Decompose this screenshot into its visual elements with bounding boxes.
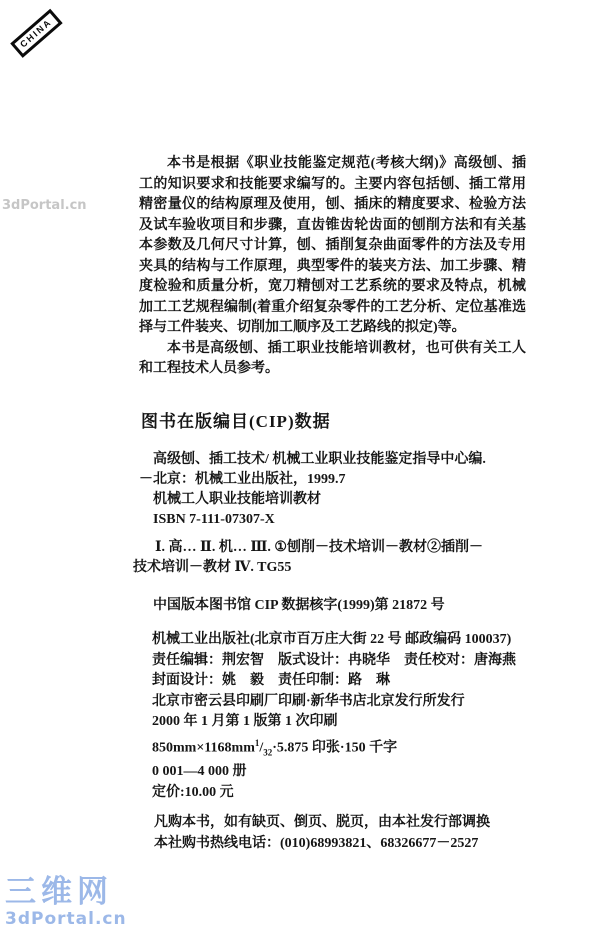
cip-class-line-2: 技术培训－教材 Ⅳ. TG55 [133, 558, 533, 578]
cip-class-line-1: Ⅰ. 高… Ⅱ. 机… Ⅲ. ①刨削－技术培训－教材②插削－ [133, 538, 533, 558]
cip-city-line: －北京：机械工业出版社，1999.7 [139, 470, 539, 490]
print-run-line: 0 001—4 000 册 [152, 762, 582, 783]
notice-line-1: 凡购本书，如有缺页、倒页、脱页，由本社发行部调换 [154, 812, 584, 833]
printer-line: 北京市密云县印刷厂印刷·新华书店北京发行所发行 [152, 692, 582, 713]
cip-series-line: 机械工人职业技能培训教材 [139, 490, 539, 510]
cip-record-line: 中国版本图书馆 CIP 数据核字(1999)第 21872 号 [153, 594, 573, 614]
book-copyright-page: CHINA 3dPortal.cn 本书是根据《职业技能鉴定规范(考核大纲)》高… [0, 0, 609, 936]
cip-description-block: 高级刨、插工技术/ 机械工业职业技能鉴定指导中心编. －北京：机械工业出版社，1… [139, 450, 539, 530]
bottom-watermark-site-name: 三维网 [5, 877, 127, 908]
notice-line-2: 本社购书热线电话：(010)68993821、68326677－2527 [154, 833, 584, 854]
exchange-notice-block: 凡购本书，如有缺页、倒页、脱页，由本社发行部调换 本社购书热线电话：(010)6… [154, 812, 584, 854]
format-line: 850mm×1168mm1/32·5.875 印张·150 千字 [152, 733, 582, 763]
intro-section: 本书是根据《职业技能鉴定规范(考核大纲)》高级刨、插工的知识要求和技能要求编写的… [139, 154, 526, 380]
format-prefix: 850mm×1168mm [152, 740, 255, 755]
bottom-watermark-url: 3dPortal.cn [5, 911, 127, 928]
intro-paragraph-2: 本书是高级刨、插工职业技能培训教材，也可供有关工人和工程技术人员参考。 [139, 339, 526, 380]
intro-paragraph-1: 本书是根据《职业技能鉴定规范(考核大纲)》高级刨、插工的知识要求和技能要求编写的… [139, 154, 526, 339]
side-watermark: 3dPortal.cn [2, 198, 87, 213]
china-stamp-label: CHINA [18, 17, 54, 50]
editors-line: 责任编辑：荆宏智 版式设计：冉晓华 责任校对：唐海燕 [152, 651, 582, 672]
publication-info-block: 机械工业出版社(北京市百万庄大街 22 号 邮政编码 100037) 责任编辑：… [152, 630, 582, 803]
price-line: 定价:10.00 元 [152, 783, 582, 804]
edition-line: 2000 年 1 月第 1 版第 1 次印刷 [152, 712, 582, 733]
cip-title-line: 高级刨、插工技术/ 机械工业职业技能鉴定指导中心编. [139, 450, 539, 470]
cip-isbn-line: ISBN 7-111-07307-X [139, 510, 539, 530]
format-sub: 32 [263, 747, 272, 757]
bottom-watermark: 三维网 3dPortal.cn [5, 877, 127, 928]
publisher-line: 机械工业出版社(北京市百万庄大街 22 号 邮政编码 100037) [152, 630, 582, 651]
cip-classification-block: Ⅰ. 高… Ⅱ. 机… Ⅲ. ①刨削－技术培训－教材②插削－ 技术培训－教材 Ⅳ… [133, 538, 533, 578]
design-line: 封面设计：姚 毅 责任印制：路 琳 [152, 671, 582, 692]
china-stamp: CHINA [10, 9, 62, 58]
format-suffix: ·5.875 印张·150 千字 [272, 740, 397, 755]
cip-heading: 图书在版编目(CIP)数据 [141, 407, 331, 432]
